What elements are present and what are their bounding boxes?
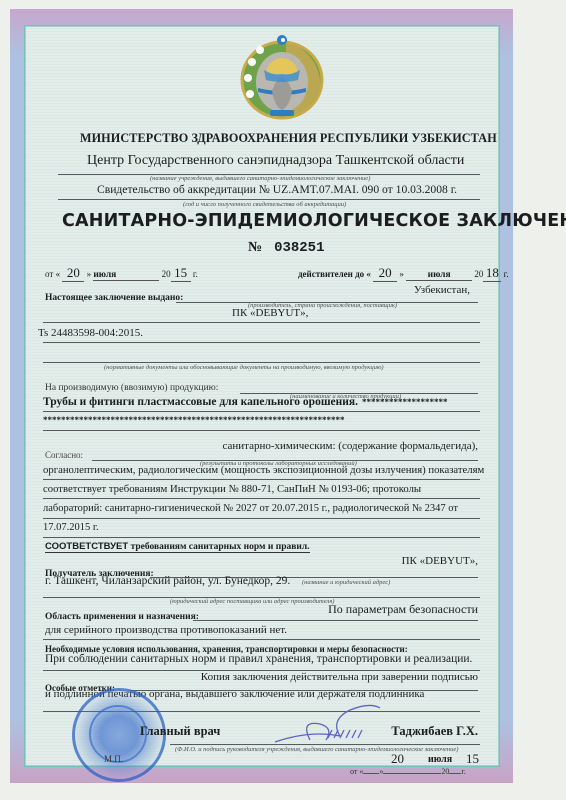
according-line-4: лабораторий: санитарно-гигиенической № 2…	[43, 503, 458, 514]
issued-to-label: Настоящее заключение выдано:	[45, 293, 183, 303]
conformity-statement: СООТВЕТСТВУЕТ требованиям санитарных нор…	[45, 541, 310, 553]
product-name: Трубы и фитинги пластмассовые для капель…	[43, 396, 358, 408]
issue-date: от « 20 » июля 2015 г.	[45, 265, 198, 282]
signature-icon	[270, 700, 400, 750]
chief-name: Таджибаев Г.Х.	[391, 724, 478, 739]
valid-until-date: действителен до « 20 » июля 2018 г.	[298, 265, 509, 282]
sign-date-year: 15	[466, 751, 479, 767]
product-label: На производимую (ввозимую) продукцию:	[45, 383, 218, 393]
notes-line-1: Копия заключения действительна при завер…	[201, 671, 478, 683]
product-stars: ****************************************…	[43, 415, 345, 425]
scope-label: Область применения и назначения:	[45, 612, 199, 622]
according-line-5: 17.07.2015 г.	[43, 522, 99, 533]
scope-line-2: для серийного производства противопоказа…	[45, 624, 287, 636]
normative-document: Ts 24483598-004:2015.	[38, 327, 143, 339]
signature-caption: (Ф.И.О. и подпись руководителя учреждени…	[175, 746, 458, 753]
recipient-address: г. Ташкент, Чиланзарский район, ул. Буне…	[45, 575, 290, 587]
recipient-caption: (юридический адрес поставщика или адрес …	[170, 598, 334, 605]
coat-of-arms-icon	[236, 30, 328, 120]
scope-line-1: По параметрам безопасности	[328, 602, 478, 617]
issued-to-country: Узбекистан,	[414, 284, 470, 296]
document-title: САНИТАРНО-ЭПИДЕМИОЛОГИЧЕСКОЕ ЗАКЛЮЧЕНИЕ	[62, 211, 566, 231]
document-number: № 038251	[248, 238, 325, 256]
recipient-company: ПК «DEBYUT»,	[402, 555, 478, 567]
ministry-heading: МИНИСТЕРСТВО ЗДРАВООХРАНЕНИЯ РЕСПУБЛИКИ …	[80, 131, 497, 146]
according-line-1: санитарно-химическим: (содержание формал…	[222, 440, 478, 452]
conditions-text: При соблюдении санитарных норм и правил …	[45, 653, 472, 665]
issued-to-company: ПК «DEBYUT»,	[232, 307, 308, 319]
accreditation-caption: (год и число полученного свидетельства о…	[183, 201, 346, 208]
sign-date-month: июля	[428, 754, 452, 765]
sign-date-day: 20	[391, 751, 404, 767]
according-label: Согласно:	[45, 450, 83, 460]
stamp-label: М.П.	[104, 754, 123, 764]
issuer-caption: (название учреждения, выдавшего санитарн…	[150, 175, 370, 182]
normative-caption: (нормативные документы или обосновывающи…	[104, 364, 384, 371]
according-line-3: соответствует требованиям Инструкции № 8…	[43, 483, 421, 495]
sign-date-blank: от «»20г.	[350, 767, 466, 776]
accreditation-text: Свидетельство об аккредитации № UZ.AMT.0…	[97, 183, 457, 196]
chief-title: Главный врач	[140, 724, 220, 739]
according-line-2: органолептическим, радиологическим (мощн…	[43, 464, 484, 476]
issuer-name: Центр Государственного санэпиднадзора Та…	[87, 153, 464, 169]
